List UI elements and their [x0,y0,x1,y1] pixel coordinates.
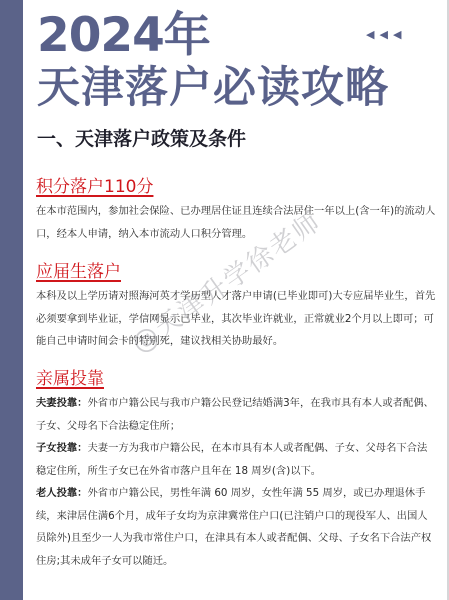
arrow-left-icon: ◀ [379,28,387,41]
text-children: 夫妻一方为我市户籍公民，在本市具有本人或者配偶、子女、父母名下合法稳定住所，所生… [36,442,427,477]
title-year: 2024年 [37,8,210,64]
label-elderly: 老人投靠： [36,487,87,499]
heading-relatives-settlement: 亲属投靠 [36,364,104,389]
paragraph-points-settlement: 在本市范围内，参加社会保险、已办理居住证且连续合法居住一年以上(含一年)的流动人… [36,200,436,245]
paragraph-elderly: 老人投靠：外省市户籍公民，男性年满 60 周岁，女性年满 55 周岁，或已办理退… [36,482,436,572]
paragraph-children: 子女投靠：夫妻一方为我市户籍公民，在本市具有本人或者配偶、子女、父母名下合法稳定… [36,437,436,482]
arrow-left-icon: ◀ [366,28,374,41]
page-title: 天津落户必读攻略 [37,60,389,116]
section-title: 一、天津落户政策及条件 [37,124,246,151]
arrow-left-icon: ◀ [393,28,401,41]
paragraph-graduate-settlement: 本科及以上学历请对照海河英才学历型人才落户申请(已毕业即可)大专应届毕业生，首先… [36,285,436,353]
arrow-decoration: ◀ ◀ ◀ [366,28,401,41]
left-accent-bar [0,0,23,600]
heading-points-settlement: 积分落户110分 [36,172,153,197]
document-page: 2024年 ◀ ◀ ◀ 天津落户必读攻略 一、天津落户政策及条件 积分落户110… [23,0,447,600]
label-children: 子女投靠： [36,442,87,454]
text-spouse: 外省市户籍公民与我市户籍公民登记结婚满3年，在我市具有本人或者配偶、子女、父母名… [36,397,434,432]
label-spouse: 夫妻投靠： [36,397,87,409]
paragraph-spouse: 夫妻投靠：外省市户籍公民与我市户籍公民登记结婚满3年，在我市具有本人或者配偶、子… [36,392,436,437]
text-elderly: 外省市户籍公民，男性年满 60 周岁，女性年满 55 周岁，或已办理退休手续，来… [36,487,431,567]
heading-graduate-settlement: 应届生落户 [36,257,121,282]
